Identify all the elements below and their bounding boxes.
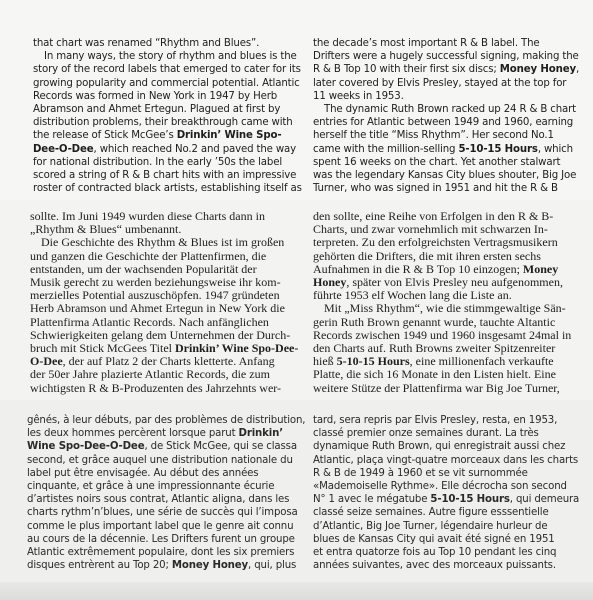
text-line: second, et grâce auquel une distribution… [27, 454, 287, 467]
song-title: 5-10-15 Hours [458, 144, 537, 155]
text-line: N° 1 avec le mégatube 5-10-15 Hours, qui… [313, 493, 575, 506]
text-line: distribution problems, their breakthroug… [33, 116, 285, 129]
text-line: d’artistes noirs sous contrat, Atlantic … [27, 493, 287, 506]
text-line: Atlantic extrêmement populaire, dont les… [27, 546, 287, 559]
song-title: Money Honey [172, 560, 248, 571]
paragraph-start-line: Die Geschichte des Rhythm & Blues ist im… [30, 236, 292, 249]
text-line: tard, sera repris par Elvis Presley, res… [313, 414, 575, 427]
german-column-2: den sollte, eine Reihe von Erfolgen in d… [313, 210, 575, 395]
text-line: der 50er Jahre plazierte Atlantic Record… [30, 368, 292, 381]
text-line: et entra quatorze fois au Top 10 pendant… [313, 546, 575, 559]
text-line: Abramson and Ahmet Ertegun. Plagued at f… [33, 103, 285, 116]
text-line: later covered by Elvis Presley, stayed a… [313, 77, 573, 90]
text-line: Platte, die sich 16 Monate in den Listen… [313, 368, 575, 381]
text-line: gerin Ruth Brown genannt wurde, tauchte … [313, 316, 575, 329]
text-line: spent 16 weeks on the chart. Yet another… [313, 156, 573, 169]
text-line: Herb Abramson und Ahmet Ertegun in New Y… [30, 302, 292, 315]
text-segment: , der auf Platz 2 der Charts kletterte. … [63, 354, 275, 368]
text-segment: Aufnahmen in die R & B Top 10 einzogen; [313, 262, 523, 276]
song-title: Drinkin’ Wine Spo- [177, 130, 282, 141]
page-edge-shadow [0, 582, 593, 600]
text-line: Turner, who was signed in 1951 and hit t… [313, 182, 573, 195]
french-text-panel: gênés, à leur débuts, par des problèmes … [0, 400, 593, 600]
text-line: classé premier onze semaines durant. La … [313, 427, 575, 440]
german-column-1: sollte. Im Juni 1949 wurden diese Charts… [30, 210, 292, 395]
text-line: that chart was renamed “Rhythm and Blues… [33, 37, 285, 50]
text-segment: R & B Top 10 with their first six discs; [313, 64, 500, 75]
text-line: gênés, à leur débuts, par des problèmes … [27, 414, 287, 427]
text-line: herself the title “Miss Rhythm”. Her sec… [313, 129, 573, 142]
song-title: Money [523, 262, 558, 276]
text-line: Plattenfirma Atlantic Records. Nach anfä… [30, 316, 292, 329]
text-line: label put être envisagée. Au début des a… [27, 467, 287, 480]
text-line: «Mademoiselle Rythme». Elle décrocha son… [313, 480, 575, 493]
text-line: came with the million-selling 5-10-15 Ho… [313, 143, 573, 156]
text-line: the release of Stick McGee’s Drinkin’ Wi… [33, 129, 285, 142]
song-title: 5-10-15 Hours [337, 354, 410, 368]
text-segment: , de Stick McGee, qui se classa [144, 441, 296, 452]
text-line: R & B Top 10 with their first six discs;… [313, 63, 573, 76]
booklet-page: that chart was renamed “Rhythm and Blues… [0, 0, 593, 600]
text-line: R & B de 1949 à 1960 et se vit surnommée [313, 467, 575, 480]
text-line: d’Atlantic, Big Joe Turner, légendaire h… [313, 520, 575, 533]
text-segment: , qui, plus [248, 560, 296, 571]
text-line: Drifters were a hugely successful signin… [313, 50, 573, 63]
text-line: blues de Kansas City qui avait été signé… [313, 533, 575, 546]
text-line: entries for Atlantic between 1949 and 19… [313, 116, 573, 129]
song-title: Dee-O-Dee [33, 144, 94, 155]
english-text-panel: that chart was renamed “Rhythm and Blues… [0, 0, 593, 200]
text-segment: , eine millionenfach verkaufte [410, 354, 554, 368]
text-line: années suivantes, avec des morceaux puis… [313, 559, 575, 572]
text-line: roster of contracted black artists, esta… [33, 182, 285, 195]
song-title: Drinkin’ Wine Spo-Dee- [175, 341, 298, 355]
text-line: classé seize semaines. Autre figure esss… [313, 506, 575, 519]
text-line: comme le plus important label que le gen… [27, 520, 287, 533]
paragraph-start-line: The dynamic Ruth Brown racked up 24 R & … [313, 103, 573, 116]
english-column-2: the decade’s most important R & B label.… [313, 37, 573, 195]
text-segment: , which reached No.2 and paved the way [94, 144, 297, 155]
song-title: Honey [313, 275, 346, 289]
text-segment: , which [538, 144, 573, 155]
text-line: scored a string of R & B chart hits with… [33, 169, 285, 182]
paragraph-start-line: In many ways, the story of rhythm and bl… [33, 50, 285, 63]
text-line: au cours de la décennie. Les Drifters fu… [27, 533, 287, 546]
french-column-2: tard, sera repris par Elvis Presley, res… [313, 414, 575, 572]
text-line: for national distribution. In the early … [33, 156, 285, 169]
song-title: Drinkin’ [239, 428, 283, 439]
text-segment: bruch mit Stick McGees Titel [30, 341, 175, 355]
text-line: terpreten. Zu den erfolgreichsten Vertra… [313, 236, 575, 249]
text-line: charts rythm’n’blues, une série de succè… [27, 506, 287, 519]
text-line: 11 weeks in 1953. [313, 90, 573, 103]
text-segment: , qui demeura [510, 494, 579, 505]
text-line: the decade’s most important R & B label.… [313, 37, 573, 50]
english-column-1: that chart was renamed “Rhythm and Blues… [33, 37, 285, 195]
text-segment: , später von Elvis Presley neu aufgenomm… [346, 275, 563, 289]
text-line: wichtigsten R & B-Produzenten des Jahrze… [30, 382, 292, 395]
text-segment: came with the million-selling [313, 144, 458, 155]
text-line: was the legendary Kansas City blues shou… [313, 169, 573, 182]
text-line: Wine Spo-Dee-O-Dee, de Stick McGee, qui … [27, 440, 287, 453]
text-segment: , [576, 64, 579, 75]
text-line: cinquante, et grâce à une impressionnant… [27, 480, 287, 493]
text-segment: the release of Stick McGee’s [33, 130, 177, 141]
song-title: O-Dee [30, 354, 63, 368]
text-segment: hieß [313, 354, 337, 368]
song-title: Money Honey [500, 64, 576, 75]
text-line: disques entrèrent au Top 20; Money Honey… [27, 559, 287, 572]
text-line: Dee-O-Dee, which reached No.2 and paved … [33, 143, 285, 156]
german-text-panel: sollte. Im Juni 1949 wurden diese Charts… [0, 200, 593, 400]
paragraph-start-line: Mit „Miss Rhythm“, wie die stimmgewaltig… [313, 302, 575, 315]
text-segment: N° 1 avec le mégatube [313, 494, 430, 505]
song-title: 5-10-15 Hours [430, 494, 509, 505]
text-line: Records was formed in New York in 1947 b… [33, 90, 285, 103]
song-title: Wine Spo-Dee-O-Dee [27, 441, 144, 452]
text-line: les deux hommes percèrent lorsque parut … [27, 427, 287, 440]
text-line: story of the record labels that emerged … [33, 63, 285, 76]
french-column-1: gênés, à leur débuts, par des problèmes … [27, 414, 287, 572]
text-line: und ganzen die Geschichte der Plattenfir… [30, 250, 292, 263]
text-segment: les deux hommes percèrent lorsque parut [27, 428, 239, 439]
text-line: weitere Stütze der Plattenfirma war Big … [313, 382, 575, 395]
text-line: growing popularity and commercial potent… [33, 77, 285, 90]
text-line: Atlantic, plaça vingt-quatre morceaux da… [313, 454, 575, 467]
text-line: dynamique Ruth Brown, qui enregistrait a… [313, 440, 575, 453]
text-segment: disques entrèrent au Top 20; [27, 560, 172, 571]
